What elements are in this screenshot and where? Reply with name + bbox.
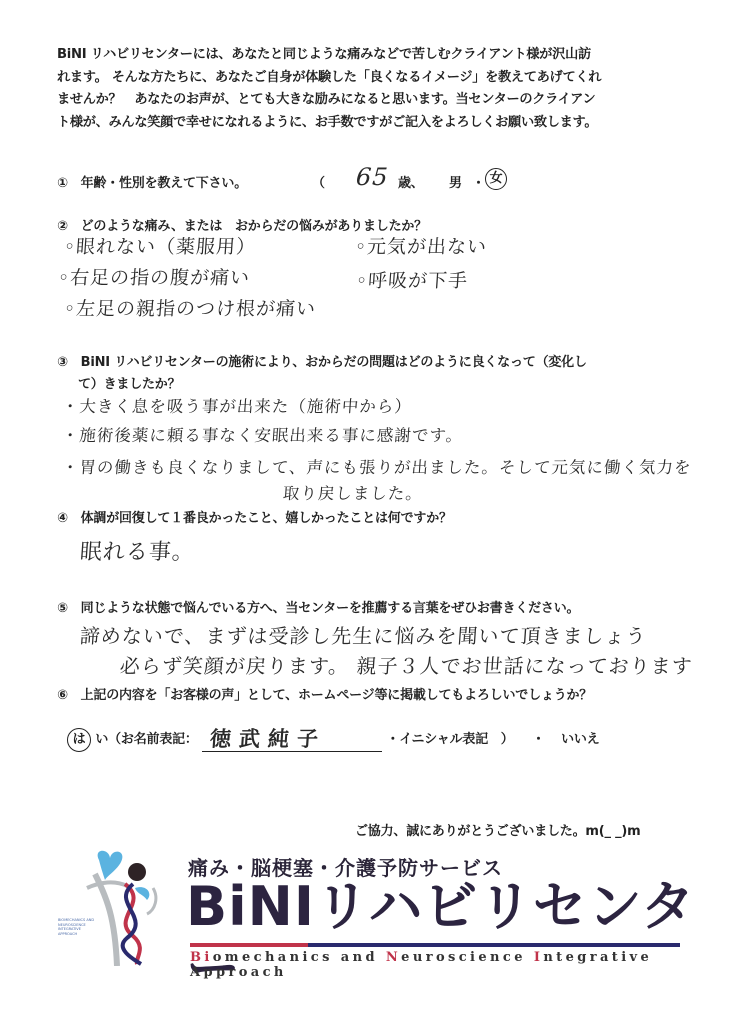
divider-red [190, 943, 308, 947]
selected-circle: は [67, 728, 91, 752]
q3-answer: ・大きく息を吸う事が出来た（施術中から） [61, 393, 413, 417]
name-field[interactable]: 徳武純子 [202, 733, 382, 752]
logo-icon [55, 848, 180, 966]
q3-answer: ・胃の働きも良くなりまして、声にも張りが出ました。そして元気に働く気力を [61, 454, 692, 478]
intro-paragraph: BiNI リハビリセンターには、あなたと同じような痛みなどで苦しむクライアント様… [57, 44, 697, 134]
intro-line: BiNI リハビリセンターには、あなたと同じような痛みなどで苦しむクライアント様… [57, 44, 697, 67]
q6-sep: ・ [532, 732, 545, 747]
q5-label: ⑤ 同じような状態で悩んでいる方へ、当センターを推薦する言葉をぜひお書きください… [57, 597, 579, 616]
subtitle-part: I [534, 950, 543, 965]
intro-line: ませんか？ あなたのお声が、とても大きな励みになると思います。当センターのクライ… [57, 89, 697, 112]
q1-age-unit: 歳、 [398, 172, 424, 191]
divider-navy [308, 943, 680, 947]
q6-yes-option[interactable]: は い（お名前表記： 徳武純子 ・イニシャル表記 ） ・ いいえ [67, 728, 600, 752]
q1-dot: ・ [472, 172, 485, 191]
q1-female-option[interactable]: 女 [485, 168, 507, 190]
q6-initial-option[interactable]: ・イニシャル表記 ） [386, 732, 513, 747]
logo-name: BiNIリハビリセンター [186, 876, 730, 1000]
q1-open-paren: （ [312, 172, 325, 191]
q6-no-option[interactable]: いいえ [561, 732, 599, 747]
q6-label: ⑥ 上記の内容を「お客様の声」として、ホームページ等に掲載してもよろしいでしょう… [57, 684, 592, 703]
selected-circle: 女 [485, 168, 507, 190]
q1-label: ① 年齢・性別を教えて下さい。 [57, 172, 247, 191]
logo-subtitle: Biomechanics and Neuroscience Integrativ… [190, 950, 730, 980]
q2-answer: ◦眼れない（薬服用） [63, 232, 257, 259]
subtitle-part: omechanics and [213, 950, 386, 965]
q3-label-line2: て）きましたか？ [78, 373, 180, 392]
q2-answer: ◦左足の親指のつけ根が痛い [63, 294, 317, 321]
subtitle-part: euroscience [401, 950, 534, 965]
q3-answer: ・施術後薬に頼る事なく安眠出来る事に感謝です。 [61, 422, 464, 446]
q2-answer: ◦呼吸が下手 [355, 266, 469, 293]
logo-figure-icon [55, 848, 180, 966]
q2-answer: ◦右足の指の腹が痛い [57, 263, 251, 290]
q3-label-line1: ③ BiNI リハビリセンターの施術により、おからだの問題はどのように良くなって… [57, 351, 587, 370]
thanks-text: ご協力、誠にありがとうございました。m(_ _)m [355, 820, 641, 839]
subtitle-part: Bi [190, 950, 213, 965]
intro-line: ト様が、みんな笑顔で幸せになれるように、お手数ですがご記入をよろしくお願い致しま… [57, 112, 697, 135]
q2-answer: ◦元気が出ない [354, 232, 488, 259]
logo-divider [190, 943, 680, 947]
q4-label: ④ 体調が回復して１番良かったこと、嬉しかったことは何ですか？ [57, 507, 452, 526]
logo-tiny-text: BIOMECHANICS AND NEUROSCIENCE INTEGRATIV… [58, 918, 98, 936]
intro-line: れます。 そんな方たちに、あなたご自身が体験した「良くなるイメージ」を教えてあげ… [57, 67, 697, 90]
q6-yes-rest: い（お名前表記： [95, 732, 197, 747]
q1-age-value: 65 [355, 163, 390, 191]
q4-answer: 眠れる事。 [79, 535, 196, 566]
name-value: 徳武純子 [209, 723, 327, 753]
subtitle-part: N [386, 950, 401, 965]
q5-answer: 諦めないで、まずは受診し先生に悩みを聞いて頂きましょう [79, 620, 648, 649]
q3-answer: 取り戻しました。 [282, 480, 424, 504]
q1-male-option[interactable]: 男 [449, 172, 462, 191]
q5-answer: 必らず笑顔が戻ります。 親子３人でお世話になっております [119, 650, 694, 679]
